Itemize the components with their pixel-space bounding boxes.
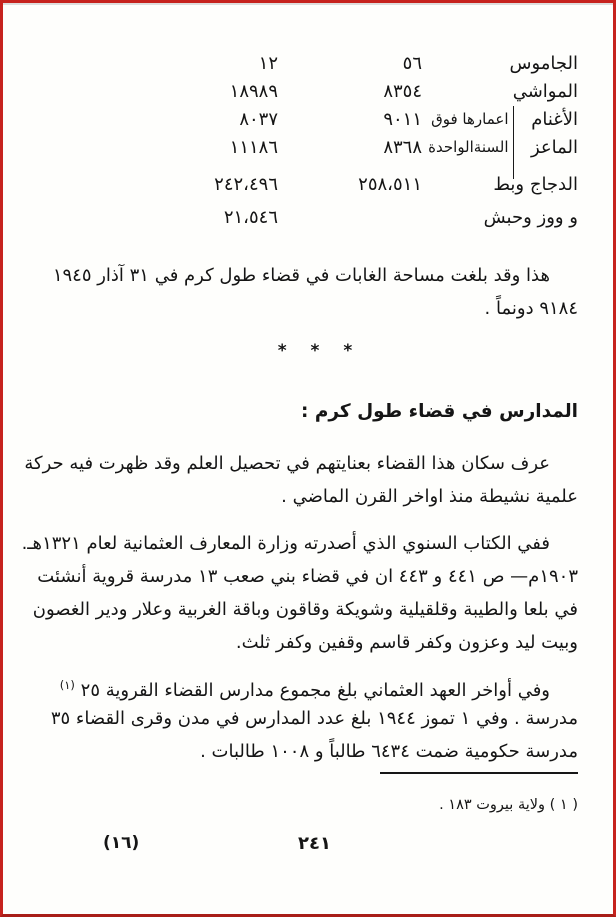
row-qty-1: ٩٠١١ [278,109,422,130]
paragraph-line: ففي الكتاب السنوي الذي أصدرته وزارة المع… [61,527,578,560]
row-qty-2: ٨٠٣٧ [148,109,278,130]
schools-paragraph-1: عرف سكان هذا القضاء بعنايتهم في تحصيل ال… [61,447,578,513]
row-qty-2: ٢٤٢،٤٩٦ [148,174,278,195]
row-qty-1: ٨٣٥٤ [278,81,422,102]
table-row-chicken-duck: الدجاج وبط ٢٥٨،٥١١ ٢٤٢،٤٩٦ [61,170,578,198]
footnote-reference: (١) [60,678,75,692]
forest-area-paragraph: هذا وقد بلغت مساحة الغابات في قضاء طول ك… [61,259,578,325]
page-content: الجاموس ٥٦ ١٢ المواشي ٨٣٥٤ ١٨٩٨٩ الأغنام… [3,3,613,815]
row-qty-2: ١٢ [148,53,278,74]
row-label: المواشي [422,81,578,102]
table-row-buffalo: الجاموس ٥٦ ١٢ [61,49,578,77]
paragraph-line: ٩١٨٤ دونماً . [61,292,578,325]
paragraph-line: علمية نشيطة منذ اواخر القرن الماضي . [61,480,578,513]
schools-paragraph-2: ففي الكتاب السنوي الذي أصدرته وزارة المع… [61,527,578,659]
row-label: الدجاج وبط [422,174,578,195]
paragraph-line: في بلعا والطيبة وقلقيلية وشويكة وقاقون و… [61,593,578,626]
footnote-rule [380,772,578,774]
row-qty-2: ١٨٩٨٩ [148,81,278,102]
row-qty-1: ٢٥٨،٥١١ [278,174,422,195]
row-label: و ووز وحبش [422,207,578,228]
row-qty-1: ٥٦ [278,53,422,74]
scanned-book-page: الجاموس ٥٦ ١٢ المواشي ٨٣٥٤ ١٨٩٨٩ الأغنام… [0,0,616,917]
table-row-geese-turkey: و ووز وحبش ٢١،٥٤٦ [61,203,578,231]
paragraph-line: ١٩٠٣م— ص ٤٤١ و ٤٤٣ ان في قضاء بني صعب ١٣… [61,560,578,593]
paragraph-text: وفي أواخر العهد العثماني بلغ مجموع مدارس… [81,680,550,701]
livestock-table: الجاموس ٥٦ ١٢ المواشي ٨٣٥٤ ١٨٩٨٩ الأغنام… [61,49,578,231]
paragraph-line: وبيت ليد وعزون وكفر قاسم وقفين وكفر ثلث. [61,626,578,659]
asterisk-divider: * * * [61,341,578,363]
row-qty-2: ٢١،٥٤٦ [148,207,278,228]
table-row-goats: الماعز السنةالواحدة ٨٣٦٨ ١١١٨٦ [61,133,578,161]
schools-paragraph-3: وفي أواخر العهد العثماني بلغ مجموع مدارس… [61,669,578,768]
brace-line [513,135,515,179]
paragraph-line: مدرسة حكومية ضمت ٦٤٣٤ طالباً و ١٠٠٨ طالب… [61,735,578,768]
row-qty-2: ١١١٨٦ [148,137,278,158]
scan-artifact-line [3,3,613,5]
paragraph-line: هذا وقد بلغت مساحة الغابات في قضاء طول ك… [61,259,578,292]
paragraph-line: وفي أواخر العهد العثماني بلغ مجموع مدارس… [61,669,578,702]
row-note: السنةالواحدة [428,138,508,156]
section-heading: المدارس في قضاء طول كرم : [61,399,578,425]
row-label: الماعز [518,137,578,158]
paragraph-line: عرف سكان هذا القضاء بعنايتهم في تحصيل ال… [61,447,578,480]
volume-part-number: (١٦) [103,833,139,853]
row-label: الجاموس [422,53,578,74]
page-number: ٢٤١ [298,833,331,854]
footnote-text: ( ١ ) ولاية بيروت ١٨٣ . [61,795,578,815]
row-qty-1: ٨٣٦٨ [278,137,422,158]
row-label-group: الماعز السنةالواحدة [422,125,578,169]
paragraph-line: مدرسة . وفي ١ تموز ١٩٤٤ بلغ عدد المدارس … [61,702,578,735]
